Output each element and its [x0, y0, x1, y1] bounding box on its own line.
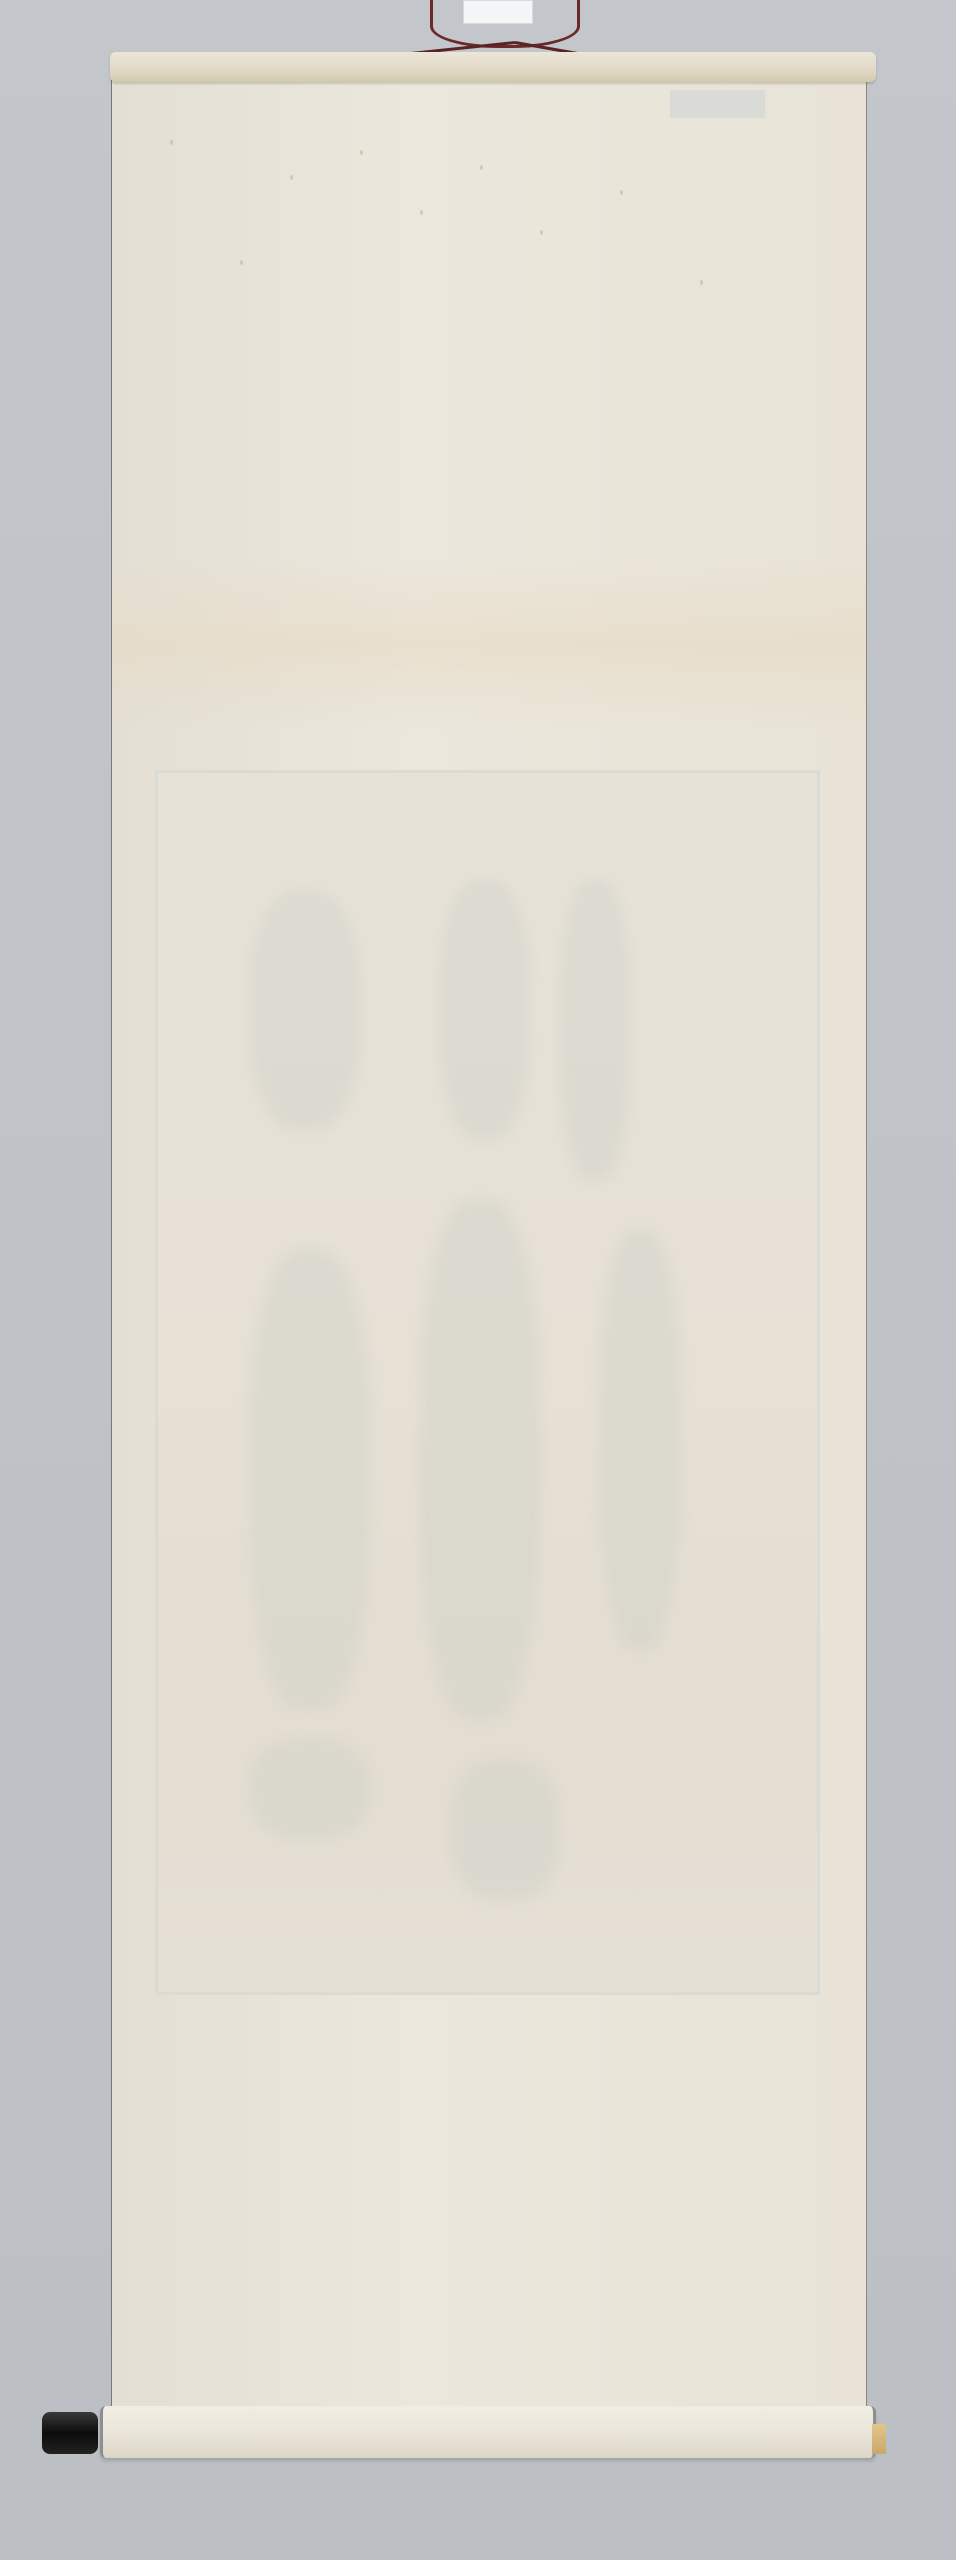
foxing-spot — [360, 150, 363, 155]
foxing-spot — [480, 165, 483, 170]
calligraphy-bleed — [600, 1230, 680, 1650]
right-roller-knob — [872, 2424, 886, 2454]
calligraphy-bleed — [250, 1740, 370, 1840]
stain-band — [112, 560, 866, 730]
foxing-spot — [540, 230, 543, 235]
foxing-spot — [240, 260, 243, 265]
foxing-spot — [700, 280, 703, 285]
calligraphy-bleed — [250, 1250, 370, 1710]
left-roller-knob — [42, 2412, 98, 2454]
calligraphy-bleed — [450, 1760, 560, 1900]
foxing-spot — [170, 140, 173, 145]
foxing-spot — [420, 210, 423, 215]
calligraphy-bleed — [560, 880, 630, 1180]
foxing-spot — [290, 175, 293, 180]
calligraphy-bleed — [420, 1200, 540, 1720]
foxing-spot — [620, 190, 623, 195]
repair-patch — [670, 90, 765, 118]
calligraphy-bleed — [440, 880, 530, 1140]
calligraphy-bleed — [250, 890, 360, 1130]
top-stave — [110, 52, 876, 82]
bottom-roller — [100, 2406, 876, 2458]
hanging-cord-loop — [430, 0, 580, 48]
